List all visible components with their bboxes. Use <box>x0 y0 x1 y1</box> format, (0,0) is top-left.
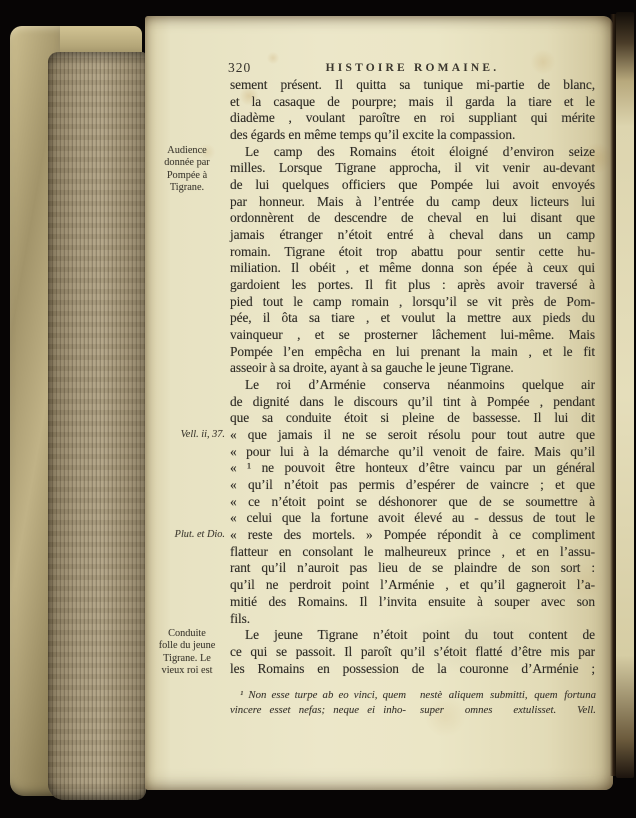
body-line: « ¹ ne pouvoit être honteux d’être vainc… <box>230 460 595 477</box>
body-line: ce qui se passoit. Il paroît qu’il s’éto… <box>230 644 595 661</box>
body-line: qu’il ne perdroit point l’Arménie , et q… <box>230 577 595 594</box>
margin-note-line: Tigrane. <box>147 182 227 194</box>
footnote-line: ¹ Non esse turpe ab eo vinci, quem <box>230 688 406 703</box>
body-line: « pour lui à la démarche qu’il venoit de… <box>230 444 595 461</box>
body-line: romain. Tigrane étoit trop abattu pour s… <box>230 244 595 261</box>
body-line: que sa conduite étoit si pleine de basse… <box>230 410 595 427</box>
book-page: 320 HISTOIRE ROMAINE. Audiencedonnée par… <box>145 16 613 790</box>
body-line: sement présent. Il quitta sa tunique mi-… <box>230 77 595 94</box>
body-line: milles. Lorsque Tigrane approcha, il vit… <box>230 160 595 177</box>
body-line: rant qu’il n’auroit pas lieu de se plain… <box>230 560 595 577</box>
margin-note-line: vieux roi est <box>147 665 227 677</box>
footnote-line: super omnes extulisset. Vell. <box>420 703 596 718</box>
body-line: fils. <box>230 611 595 628</box>
margin-note-line: Pompée à <box>147 170 227 182</box>
body-line: par honneur. Mais à l’entrée du camp deu… <box>230 194 595 211</box>
body-line: asseoir à sa droite, ayant à sa gauche l… <box>230 360 595 377</box>
margin-note-line: Vell. ii, 37. <box>147 429 225 441</box>
margin-note-line: folle du jeune <box>147 640 227 652</box>
footnote-column-2: nestè aliquem submitti, quem fortunasupe… <box>420 688 596 718</box>
body-line: des égards en même temps qu’il excite la… <box>230 127 595 144</box>
body-line: pied tout le camp romain , lorsqu’il se … <box>230 294 595 311</box>
body-line: jamais étranger n’étoit entré à cheval d… <box>230 227 595 244</box>
margin-note-vell-reference: Vell. ii, 37. <box>147 429 227 441</box>
margin-note-line: donnée par <box>147 157 227 169</box>
body-line: diadème , voulant paroître en roi suppli… <box>230 110 595 127</box>
body-line: « ce n’étoit point se déshonorer que de … <box>230 494 595 511</box>
footnote-line: vincere esset nefas; neque ei inho- <box>230 703 406 718</box>
margin-note-line: Tigrane. Le <box>147 653 227 665</box>
margin-note-audience: Audiencedonnée parPompée àTigrane. <box>147 145 227 194</box>
body-line: de lui quelques officiers que Pompée lui… <box>230 177 595 194</box>
body-line: « reste des mortels. » Pompée répondit à… <box>230 527 595 544</box>
footnote-line: nestè aliquem submitti, quem fortuna <box>420 688 596 703</box>
body-line: Pompée l’en empêcha en lui prenant la ma… <box>230 344 595 361</box>
body-line: gardoient les portes. Il fit plus : aprè… <box>230 277 595 294</box>
margin-note-line: Audience <box>147 145 227 157</box>
body-line: vainqueur , et se prosterner lâchement l… <box>230 327 595 344</box>
body-line: pée, il ôta sa tiare , et voulut la mett… <box>230 310 595 327</box>
book-fore-edge-pages <box>48 52 146 800</box>
body-line: « celui que la fortune avoit élevé au - … <box>230 510 595 527</box>
body-line: miliation. Il obéit , et même donna son … <box>230 260 595 277</box>
body-line: mitié des Romains. Il l’invita ensuite à… <box>230 594 595 611</box>
footnote-column-1: ¹ Non esse turpe ab eo vinci, quemvincer… <box>230 688 406 718</box>
body-line: Le roi d’Arménie conserva néanmoins quel… <box>230 377 595 394</box>
body-line: de dignité dans le discours qu’il tint à… <box>230 394 595 411</box>
body-line: Le jeune Tigrane n’étoit point du tout c… <box>230 627 595 644</box>
body-line: « qu’il n’étoit pas permis d’espérer de … <box>230 477 595 494</box>
body-line: flatteur en consolant le malheureux prin… <box>230 544 595 561</box>
body-line: et la casaque de pourpre; mais il garda … <box>230 94 595 111</box>
running-title: HISTOIRE ROMAINE. <box>230 62 595 75</box>
body-text: sement présent. Il quitta sa tunique mi-… <box>230 77 595 677</box>
body-line: Le camp des Romains étoit éloigné d’envi… <box>230 144 595 161</box>
body-line: les Romains en possession de la couronne… <box>230 661 595 678</box>
footnote: ¹ Non esse turpe ab eo vinci, quemvincer… <box>230 688 595 718</box>
body-line: « que jamais il ne se seroit résolu pour… <box>230 427 595 444</box>
margin-note-line: Plut. et Dio. <box>147 529 225 541</box>
margin-note-line: Conduite <box>147 628 227 640</box>
margin-note-plut-dio-reference: Plut. et Dio. <box>147 529 227 541</box>
margin-note-conduite: Conduitefolle du jeuneTigrane. Levieux r… <box>147 628 227 677</box>
facing-page-edge <box>616 12 634 778</box>
body-line: ordonnèrent de descendre de cheval en lu… <box>230 210 595 227</box>
